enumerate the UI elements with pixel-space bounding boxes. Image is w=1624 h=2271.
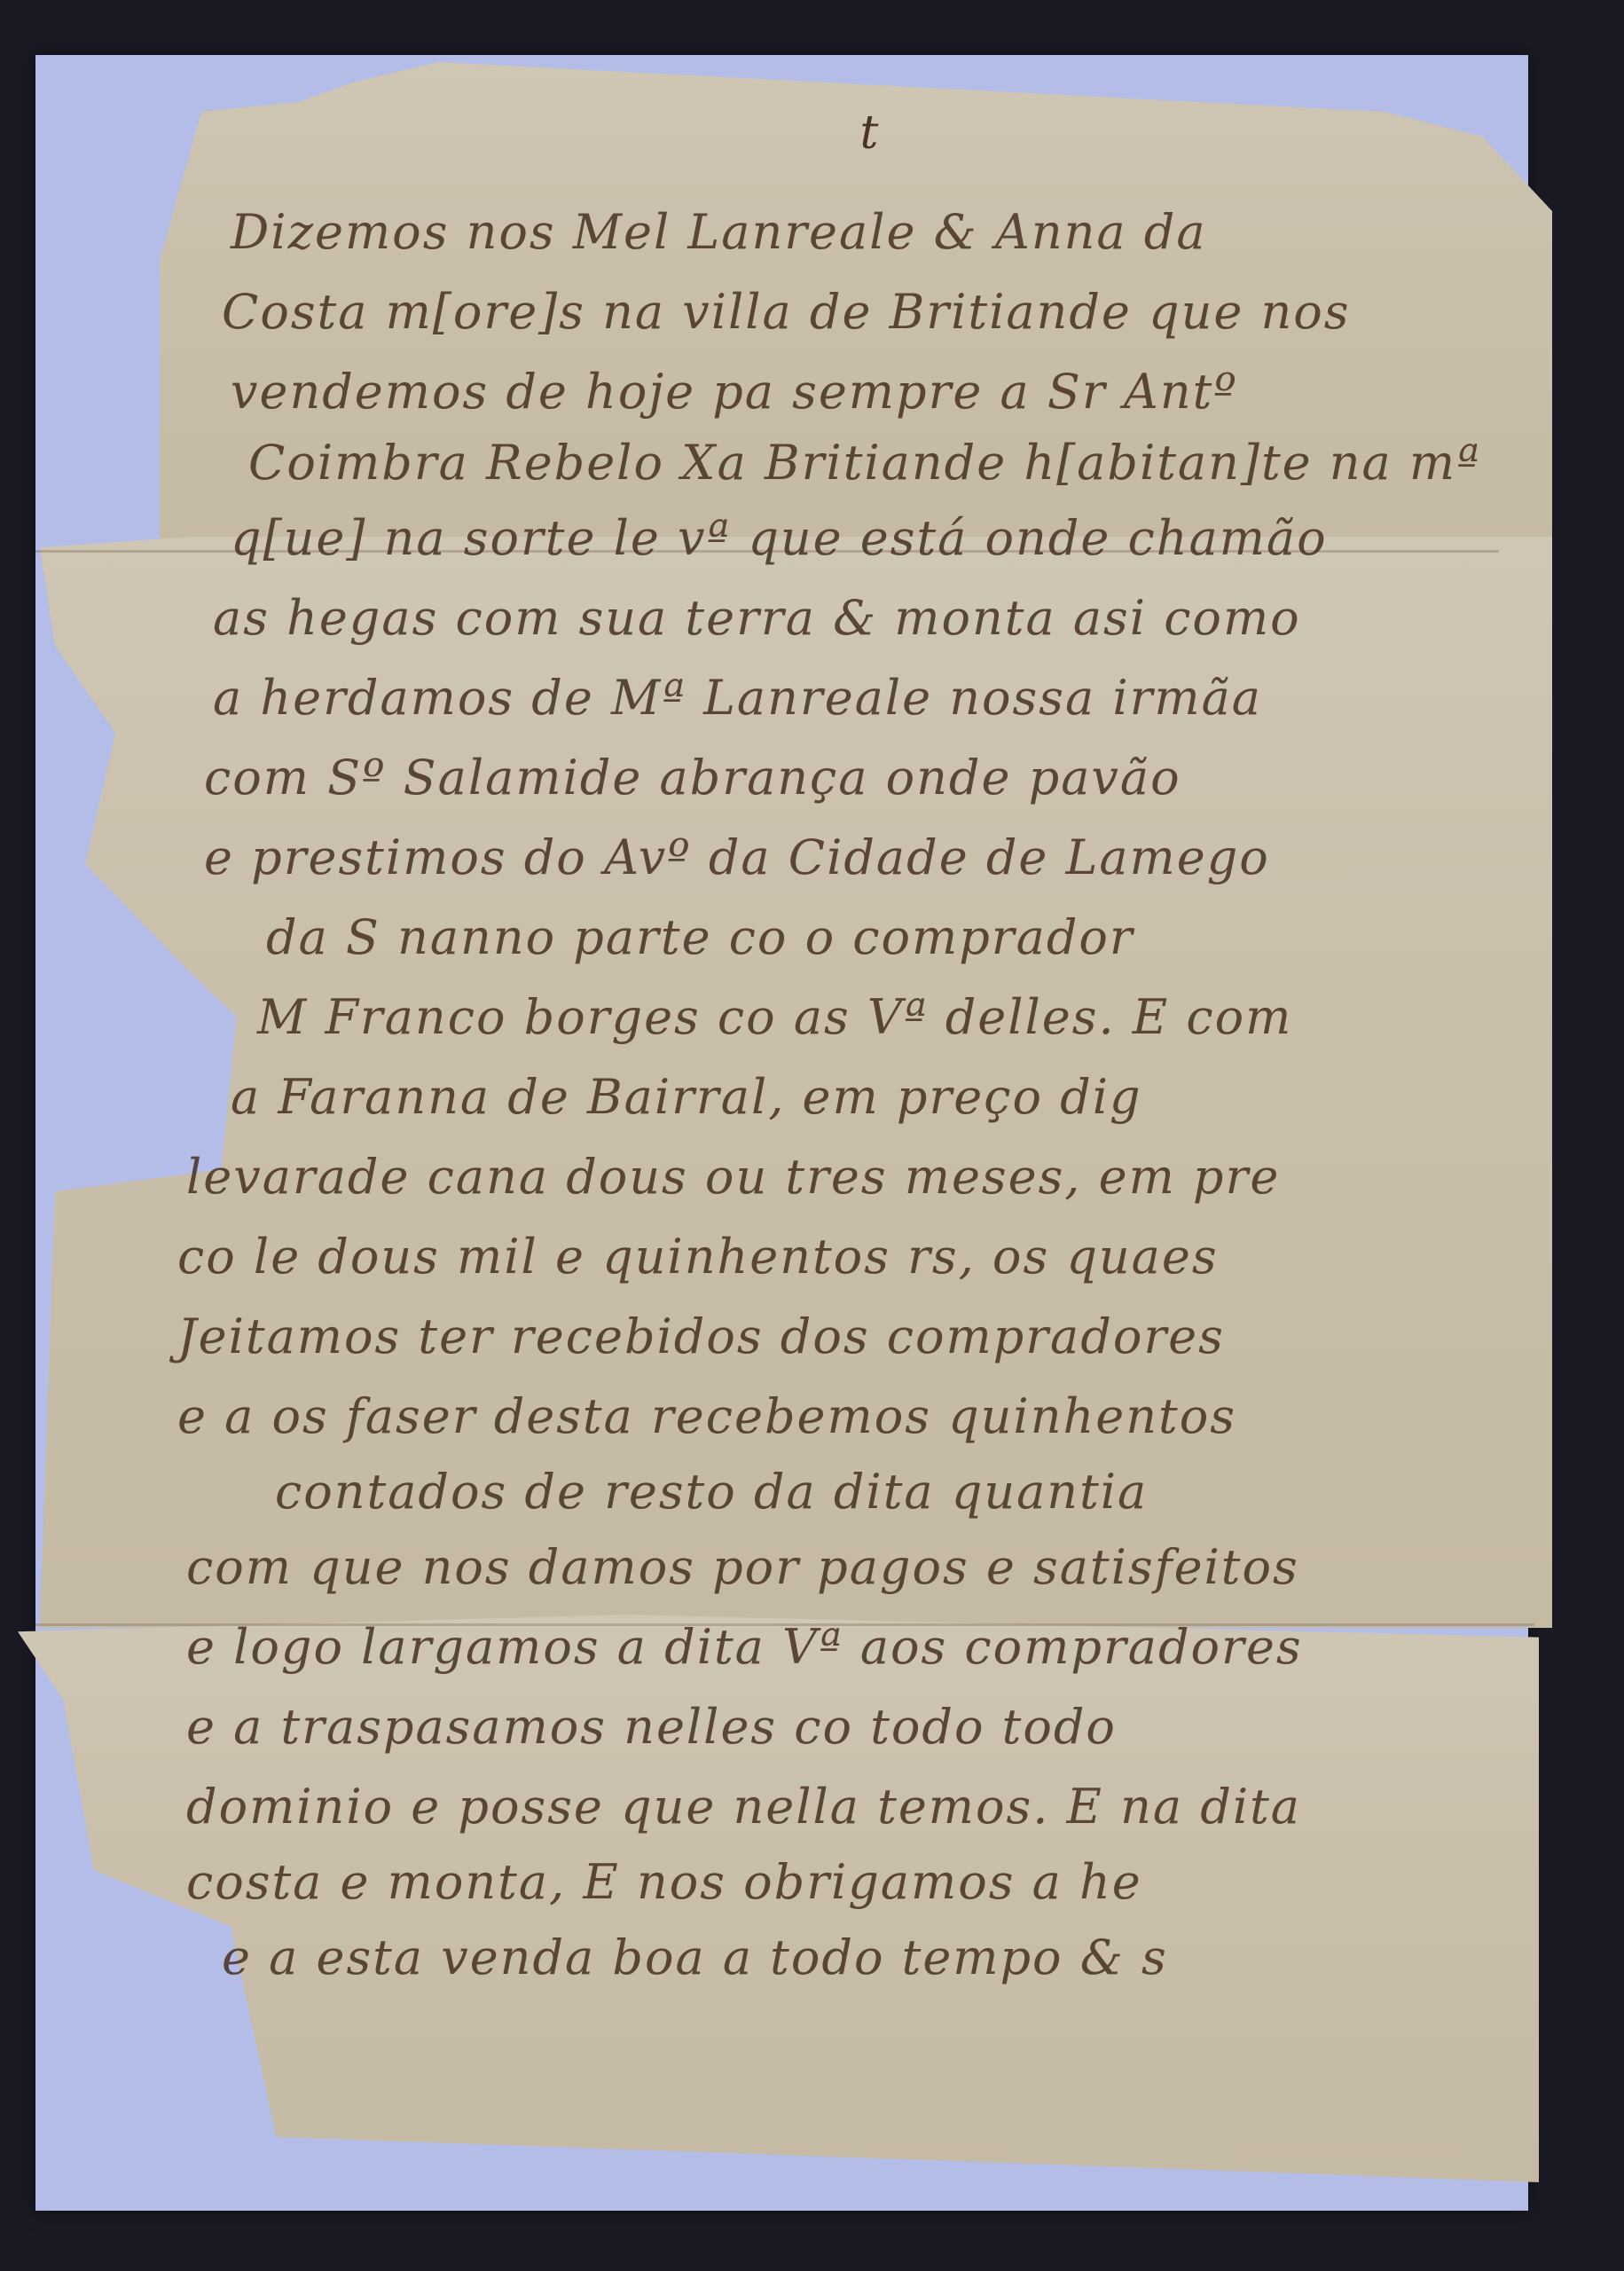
- text-line: e prestimos do Avº da Cidade de Lamego: [204, 829, 1270, 885]
- text-line: e a traspasamos nelles co todo todo: [186, 1699, 1117, 1755]
- text-line: a Faranna de Bairral, em preço dig: [231, 1069, 1142, 1125]
- text-line: e logo largamos a dita Vª aos compradore…: [186, 1619, 1303, 1675]
- text-line: e a esta venda boa a todo tempo & s: [222, 1929, 1168, 1985]
- text-line: da S nanno parte co o comprador: [266, 909, 1134, 965]
- text-line: dominio e posse que nella temos. E na di…: [186, 1779, 1301, 1835]
- text-line: e a os faser desta recebemos quinhentos: [177, 1388, 1236, 1444]
- text-line: costa e monta, E nos obrigamos a he: [186, 1854, 1142, 1910]
- text-line: Dizemos nos Mel Lanreale & Anna da: [231, 204, 1207, 260]
- text-line: contados de resto da dita quantia: [275, 1464, 1148, 1520]
- header-mark: t: [204, 106, 1534, 160]
- text-line: Jeitamos ter recebidos dos compradores: [177, 1308, 1225, 1364]
- text-line: as hegas com sua terra & monta asi como: [213, 590, 1301, 646]
- text-line: Costa m[ore]s na villa de Britiande que …: [222, 284, 1350, 340]
- text-line: Coimbra Rebelo Xa Britiande h[abitan]te …: [248, 435, 1481, 491]
- text-line: vendemos de hoje pa sempre a Sr Antº: [231, 364, 1238, 420]
- text-line: com Sº Salamide abrança onde pavão: [204, 750, 1181, 805]
- text-line: com que nos damos por pagos e satisfeito…: [186, 1539, 1299, 1595]
- text-line: co le dous mil e quinhentos rs, os quaes: [177, 1229, 1219, 1285]
- text-line: q[ue] na sorte le vª que está onde chamã…: [231, 510, 1328, 566]
- text-line: levarade cana dous ou tres meses, em pre: [186, 1149, 1280, 1205]
- text-line: M Franco borges co as Vª delles. E com: [257, 989, 1292, 1045]
- text-line: a herdamos de Mª Lanreale nossa irmãa: [213, 670, 1262, 726]
